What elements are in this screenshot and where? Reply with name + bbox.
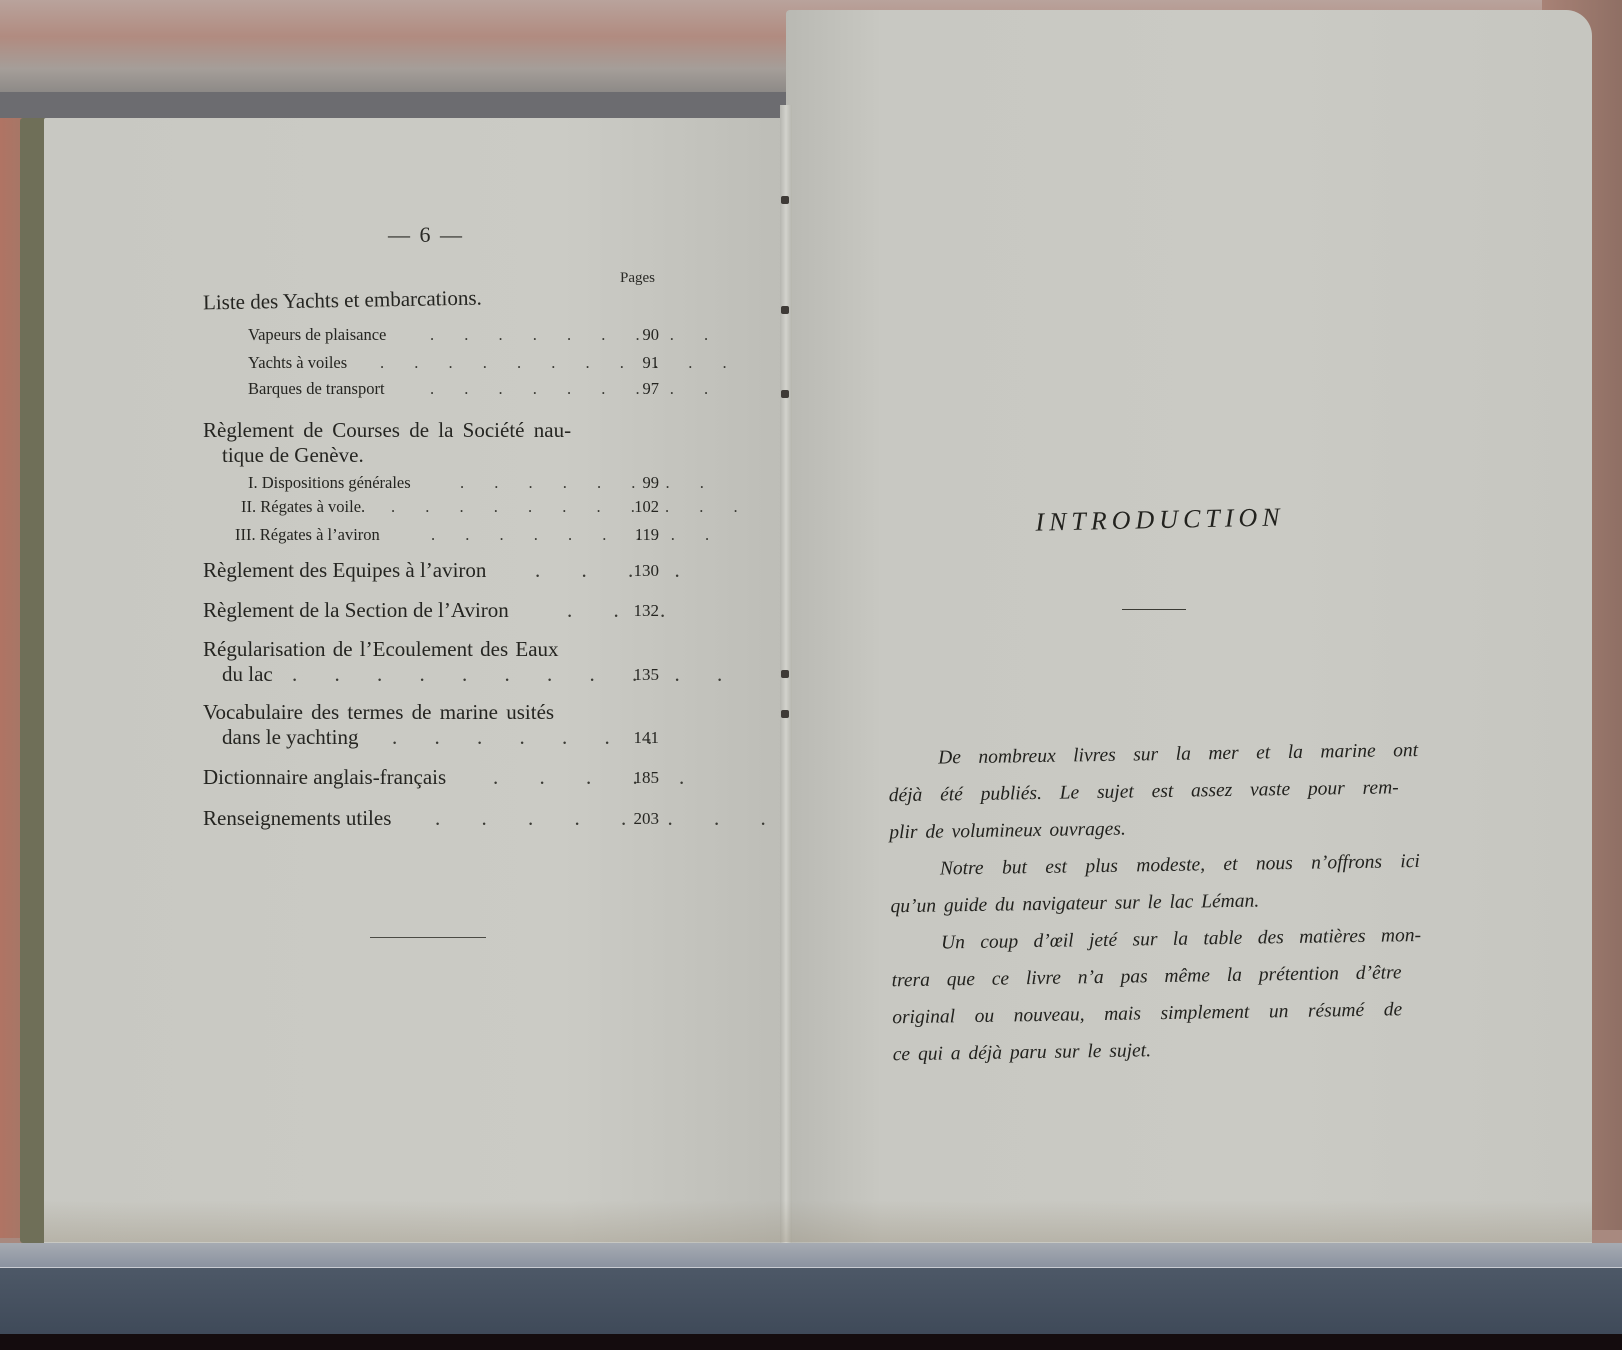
- title-divider-rule: [1122, 609, 1186, 610]
- section-divider-rule: [370, 937, 486, 938]
- toc-page-number: 99: [643, 473, 660, 493]
- leader-dots: . . . . . . . .: [435, 806, 784, 831]
- leader-dots: . . . . . . . . .: [430, 325, 721, 345]
- body-line: plir de volumineux ouvrages.: [889, 819, 1126, 845]
- leader-dots: . . . . . . . . . . .: [380, 353, 740, 373]
- toc-page-number: 141: [634, 728, 660, 748]
- toc-page-number: 102: [634, 497, 659, 517]
- leader-dots: . . . . . . . . . . .: [292, 662, 738, 687]
- leader-dots: . . . .: [535, 558, 698, 583]
- toc-page-number: 130: [634, 561, 660, 581]
- toc-page-number: 203: [634, 809, 660, 829]
- toc-page-number: 135: [634, 665, 660, 685]
- leader-dots: . . . . . . . . .: [431, 525, 722, 545]
- toc-page-number: 119: [635, 525, 659, 545]
- leader-dots: . . . . .: [493, 765, 702, 790]
- toc-page-number: 132: [634, 601, 660, 621]
- toc-page-number: 90: [643, 325, 660, 345]
- shelf-front-edge: [0, 1268, 1622, 1334]
- body-line: ce qui a déjà paru sur le sujet.: [893, 1040, 1152, 1066]
- toc-page-number: 91: [643, 353, 660, 373]
- leader-dots: . . .: [567, 598, 683, 623]
- shelf-shadow: [0, 1334, 1622, 1350]
- leader-dots: . . . . . . . . . . .: [391, 497, 751, 517]
- leader-dots: . . . . . . .: [392, 725, 668, 750]
- toc-page-number: 185: [634, 768, 660, 788]
- leader-dots: . . . . . . . .: [460, 473, 717, 493]
- table-of-contents: Liste des Yachts et embarcations. Vapeur…: [0, 0, 1622, 1350]
- toc-page-number: 97: [643, 379, 660, 399]
- leader-dots: . . . . . . . . .: [430, 379, 721, 399]
- shelf-top-surface: [0, 1243, 1622, 1268]
